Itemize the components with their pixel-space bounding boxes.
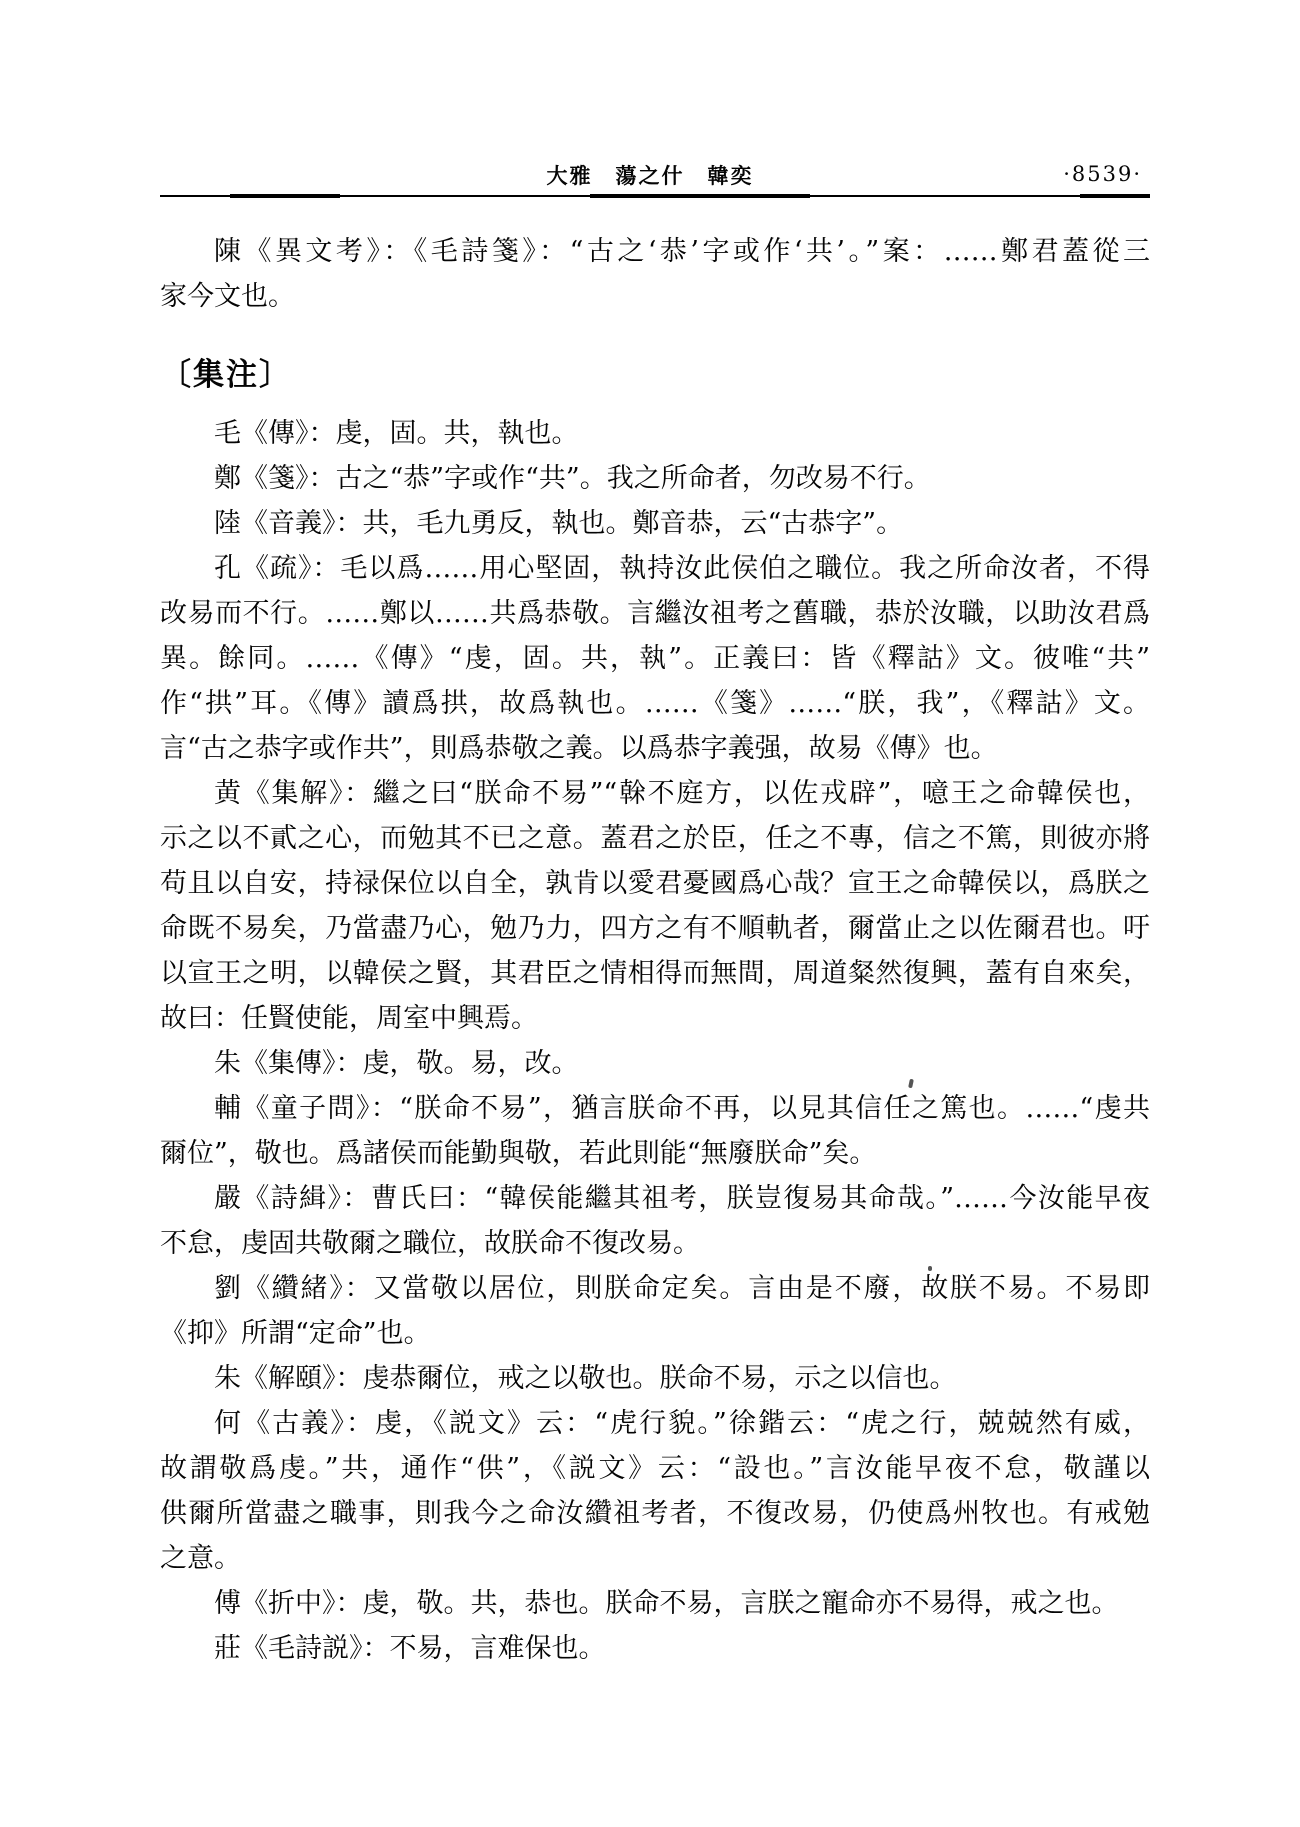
page-number: ·8539· xyxy=(1063,162,1142,186)
text-line: 家今文也。 xyxy=(160,274,1150,319)
text-line: 之意。 xyxy=(160,1536,1150,1581)
header-rule-thick-segment xyxy=(590,194,810,198)
text-line: 異。餘同。……《傳》“虔，固。共，執”。正義曰：皆《釋詁》文。彼唯“共” xyxy=(160,636,1150,681)
text-line: 孔《疏》：毛以爲……用心堅固，執持汝此侯伯之職位。我之所命汝者，不得 xyxy=(160,546,1150,591)
paragraph: 劉《纘緒》：又當敬以居位，則朕命定矣。言由是不廢，故朕不易。不易即《抑》所謂“定… xyxy=(160,1266,1150,1356)
text-line: 改易而不行。……鄭以……共爲恭敬。言繼汝祖考之舊職，恭於汝職，以助汝君爲 xyxy=(160,591,1150,636)
paragraph: 朱《解頤》：虔恭爾位，戒之以敬也。朕命不易，示之以信也。 xyxy=(160,1356,1150,1401)
text-line: 嚴《詩緝》：曹氏曰：“韓侯能繼其祖考，朕豈復易其命哉。”……今汝能早夜 xyxy=(160,1176,1150,1221)
text-line: 供爾所當盡之職事，則我今之命汝纘祖考者，不復改易，仍使爲州牧也。有戒勉 xyxy=(160,1491,1150,1536)
section-heading: 〔集注〕 xyxy=(160,355,1150,395)
text-line: 傅《折中》：虔，敬。共，恭也。朕命不易，言朕之寵命亦不易得，戒之也。 xyxy=(160,1581,1150,1626)
text-line: 何《古義》：虔，《説文》云：“虎行貌。”徐鍇云：“虎之行，兢兢然有威， xyxy=(160,1401,1150,1446)
text-line: 陳《異文考》：《毛詩箋》：“古之‘恭’字或作‘共’。”案：……鄭君蓋從三 xyxy=(160,229,1150,274)
paragraph: 毛《傳》：虔，固。共，執也。 xyxy=(160,411,1150,456)
text-line: 言“古之恭字或作共”，則爲恭敬之義。以爲恭字義强，故易《傳》也。 xyxy=(160,726,1150,771)
scan-speck xyxy=(928,1266,932,1271)
paragraph: 黄《集解》：繼之曰“朕命不易”“榦不庭方，以佐戎辟”，噫王之命韓侯也，示之以不貳… xyxy=(160,771,1150,1041)
text-line: 故謂敬爲虔。”共，通作“供”，《説文》云：“設也。”言汝能早夜不怠，敬謹以 xyxy=(160,1446,1150,1491)
paragraph: 輔《童子問》：“朕命不易”，猶言朕命不再，以見其信任之篤也。……“虔共爾位”，敬… xyxy=(160,1086,1150,1176)
body-content: 陳《異文考》：《毛詩箋》：“古之‘恭’字或作‘共’。”案：……鄭君蓋從三家今文也… xyxy=(160,229,1150,1671)
text-line: 鄭《箋》：古之“恭”字或作“共”。我之所命者，勿改易不行。 xyxy=(160,456,1150,501)
paragraph: 何《古義》：虔，《説文》云：“虎行貌。”徐鍇云：“虎之行，兢兢然有威，故謂敬爲虔… xyxy=(160,1401,1150,1581)
paragraph: 嚴《詩緝》：曹氏曰：“韓侯能繼其祖考，朕豈復易其命哉。”……今汝能早夜不怠，虔固… xyxy=(160,1176,1150,1266)
text-line: 朱《集傳》：虔，敬。易，改。 xyxy=(160,1041,1150,1086)
paragraph: 鄭《箋》：古之“恭”字或作“共”。我之所命者，勿改易不行。 xyxy=(160,456,1150,501)
text-line: 示之以不貳之心，而勉其不已之意。蓋君之於臣，任之不專，信之不篤，則彼亦將 xyxy=(160,816,1150,861)
text-line: 陸《音義》：共，毛九勇反，執也。鄭音恭，云“古恭字”。 xyxy=(160,501,1150,546)
header-rule-thick-segment xyxy=(1080,194,1150,198)
text-line: 輔《童子問》：“朕命不易”，猶言朕命不再，以見其信任之篤也。……“虔共 xyxy=(160,1086,1150,1131)
header-rule-thick-segment xyxy=(230,194,340,198)
text-line: 黄《集解》：繼之曰“朕命不易”“榦不庭方，以佐戎辟”，噫王之命韓侯也， xyxy=(160,771,1150,816)
paragraph: 陳《異文考》：《毛詩箋》：“古之‘恭’字或作‘共’。”案：……鄭君蓋從三家今文也… xyxy=(160,229,1150,319)
text-line: 《抑》所謂“定命”也。 xyxy=(160,1311,1150,1356)
paragraph: 莊《毛詩説》：不易，言难保也。 xyxy=(160,1626,1150,1671)
text-line: 命既不易矣，乃當盡乃心，勉乃力，四方之有不順軌者，爾當止之以佐爾君也。吁 xyxy=(160,906,1150,951)
paragraph: 孔《疏》：毛以爲……用心堅固，執持汝此侯伯之職位。我之所命汝者，不得改易而不行。… xyxy=(160,546,1150,771)
paragraph: 朱《集傳》：虔，敬。易，改。 xyxy=(160,1041,1150,1086)
text-line: 莊《毛詩説》：不易，言难保也。 xyxy=(160,1626,1150,1671)
text-line: 朱《解頤》：虔恭爾位，戒之以敬也。朕命不易，示之以信也。 xyxy=(160,1356,1150,1401)
book-page: 大雅 蕩之什 韓奕 ·8539· 陳《異文考》：《毛詩箋》：“古之‘恭’字或作‘… xyxy=(0,0,1300,1827)
text-line: 故曰：任賢使能，周室中興焉。 xyxy=(160,996,1150,1041)
text-line: 劉《纘緒》：又當敬以居位，則朕命定矣。言由是不廢，故朕不易。不易即 xyxy=(160,1266,1150,1311)
paragraph: 傅《折中》：虔，敬。共，恭也。朕命不易，言朕之寵命亦不易得，戒之也。 xyxy=(160,1581,1150,1626)
text-line: 不怠，虔固共敬爾之職位，故朕命不復改易。 xyxy=(160,1221,1150,1266)
text-line: 作“拱”耳。《傳》讀爲拱，故爲執也。……《箋》……“朕，我”，《釋詁》文。 xyxy=(160,681,1150,726)
text-line: 以宣王之明，以韓侯之賢，其君臣之情相得而無間，周道粲然復興，蓋有自來矣， xyxy=(160,951,1150,996)
paragraph: 陸《音義》：共，毛九勇反，執也。鄭音恭，云“古恭字”。 xyxy=(160,501,1150,546)
intro-paragraph-container: 陳《異文考》：《毛詩箋》：“古之‘恭’字或作‘共’。”案：……鄭君蓋從三家今文也… xyxy=(160,229,1150,319)
annotations-container: 毛《傳》：虔，固。共，執也。鄭《箋》：古之“恭”字或作“共”。我之所命者，勿改易… xyxy=(160,411,1150,1671)
text-line: 苟且以自安，持禄保位以自全，孰肯以愛君憂國爲心哉？宣王之命韓侯以，爲朕之 xyxy=(160,861,1150,906)
text-line: 毛《傳》：虔，固。共，執也。 xyxy=(160,411,1150,456)
text-line: 爾位”，敬也。爲諸侯而能勤與敬，若此則能“無廢朕命”矣。 xyxy=(160,1131,1150,1176)
